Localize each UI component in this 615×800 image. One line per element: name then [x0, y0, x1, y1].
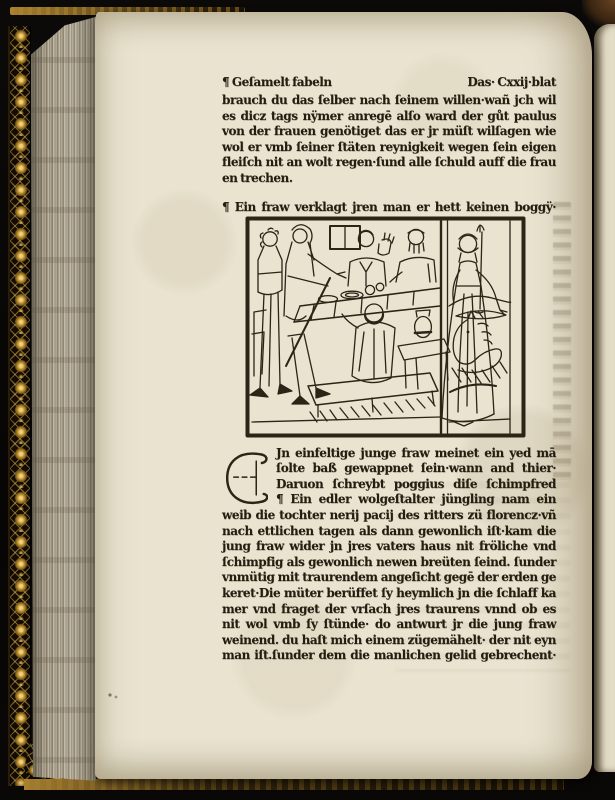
text-line: vnmütig mit traurendem angeſicht gegē de…: [222, 570, 556, 586]
text-line: von der frauen genötiget das er jr müſt …: [222, 124, 556, 140]
text-line: ¶ Ein edler wolgeſtalter jüngling nam ei…: [222, 492, 556, 508]
text-line: brauch du das ſelber nach ſeinem willen·…: [222, 93, 556, 109]
signature-mark: [107, 692, 119, 700]
text-line: fleiſch nit an wolt regen·ſund alle ſchu…: [222, 155, 556, 171]
page-edges-stack: [31, 13, 96, 783]
paragraph-2: Jn einfeltige junge fraw meinet ein yed …: [222, 446, 556, 664]
text-line: Jn einfeltige junge fraw meinet ein yed …: [222, 446, 556, 462]
text-line: nach ettlichen tagen als dann gewonlich …: [222, 524, 556, 540]
text-line: weib die tochter nerij pacij des ritters…: [222, 508, 556, 524]
chapter-caption: ¶ Ein fraw verklagt jren man er hett kei…: [222, 200, 556, 216]
text-line: es dicz tags nÿmer anregē alſo ward der …: [222, 109, 556, 125]
text-line: weinend. du haſt mich einem zügemähelt· …: [222, 633, 556, 649]
text-line: man iſt.ſunder dem die manlichen gelid g…: [222, 648, 556, 664]
header-title: ¶ Geſamelt fabeln: [222, 75, 332, 92]
book-page: ¶ Geſamelt fabeln Das· Cxxij·blat brauch…: [95, 12, 592, 779]
text-line: jung fraw wider jn jres vaters haus nit …: [222, 539, 556, 555]
text-line: ſolte baß gewappnet ſein·wann and thier·: [222, 461, 556, 477]
woodcut-illustration: [244, 216, 527, 438]
text-line: wol er vmb ſeiner ſtäten reynigkeit wege…: [222, 140, 556, 156]
folio-number: Das· Cxxij·blat: [467, 75, 556, 92]
text-line: mer vnd fraget der vrſach jres traurens …: [222, 602, 556, 618]
text-block: ¶ Geſamelt fabeln Das· Cxxij·blat brauch…: [222, 75, 556, 664]
text-line: nit wol vmb ſy ſtünde· do antwurt jr die…: [222, 617, 556, 633]
decorated-initial-E: [222, 448, 268, 508]
facing-page-sliver: [594, 24, 615, 772]
text-line: ſchimpfig als gewonlich newen breüten ſe…: [222, 555, 556, 571]
paragraph-1: brauch du das ſelber nach ſeinem willen·…: [222, 93, 556, 187]
text-line: en trechen.: [222, 171, 556, 187]
text-line: keret·Die müter berüffet ſy heymlich jn …: [222, 586, 556, 602]
woodcut-image: [244, 216, 527, 438]
text-line: Daruon ſchreybt poggius diſe ſchimpfred: [222, 477, 556, 493]
running-header: ¶ Geſamelt fabeln Das· Cxxij·blat: [222, 75, 556, 92]
book-photograph: ¶ Geſamelt fabeln Das· Cxxij·blat brauch…: [0, 0, 615, 800]
binding-gilt-trim-left: [8, 26, 31, 786]
binding-gilt-trim-bottom: [24, 779, 564, 790]
